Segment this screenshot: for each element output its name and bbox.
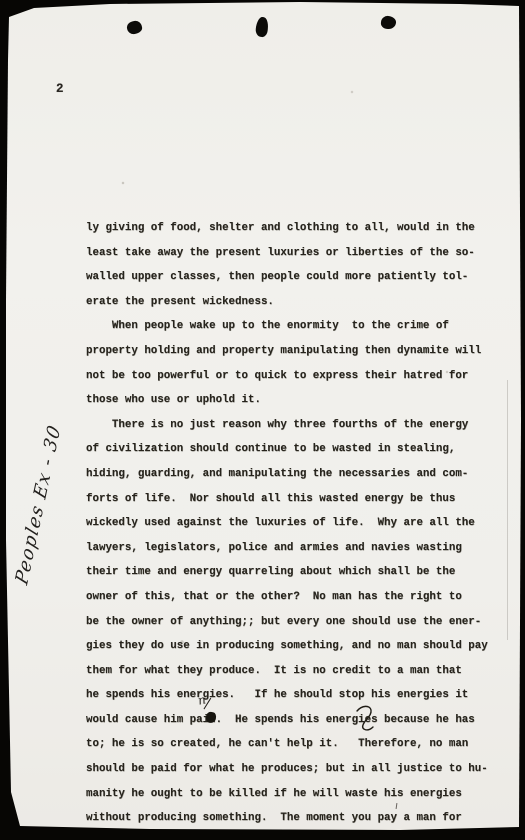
typed-line: should be paid for what he produces; but…	[86, 757, 506, 782]
typed-line: hiding, guarding, and manipulating the n…	[86, 462, 506, 487]
typed-line: be the owner of anything;; but every one…	[86, 610, 506, 635]
typed-line: of civilization should continue to be wa…	[86, 437, 506, 462]
typed-line: walled upper classes, then people could …	[86, 265, 506, 290]
typed-line: forts of life. Nor should all this waste…	[86, 487, 506, 512]
typed-line: them for what they produce. It is no cre…	[86, 659, 506, 684]
typed-line: their time and energy quarreling about w…	[86, 560, 506, 585]
typed-line: not be too powerful or to quick to expre…	[86, 364, 506, 389]
typed-line: he spends his energies. If he should sto…	[86, 683, 506, 708]
typed-line: When people wake up to the enormity to t…	[86, 314, 506, 339]
typed-line: without producing something. The moment …	[86, 806, 506, 831]
typed-line: least take away the present luxuries or …	[86, 241, 506, 266]
typed-line: would cause him paid. He spends his ener…	[86, 708, 506, 733]
typed-line: gies they do use in producing something,…	[86, 634, 506, 659]
typed-line: lawyers, legislators, police and armies …	[86, 536, 506, 561]
typed-text-block: ly giving of food, shelter and clothing …	[86, 216, 506, 831]
typed-line: erate the present wickedness.	[86, 290, 506, 315]
typed-line: ly giving of food, shelter and clothing …	[86, 216, 506, 241]
typed-line: wickedly used against the luxuries of li…	[86, 511, 506, 536]
typed-line: those who use or uphold it.	[86, 388, 506, 413]
typed-line: owner of this, that or the other? No man…	[86, 585, 506, 610]
page-number: 2	[56, 82, 64, 96]
typed-line: manity he ought to be killed if he will …	[86, 782, 506, 807]
typed-line: property holding and property manipulati…	[86, 339, 506, 364]
paper-fold-line	[507, 380, 508, 640]
typed-line: to; he is so created, he can't help it. …	[86, 732, 506, 757]
typed-line: There is no just reason why three fourth…	[86, 413, 506, 438]
ink-loop-mark	[355, 703, 379, 738]
